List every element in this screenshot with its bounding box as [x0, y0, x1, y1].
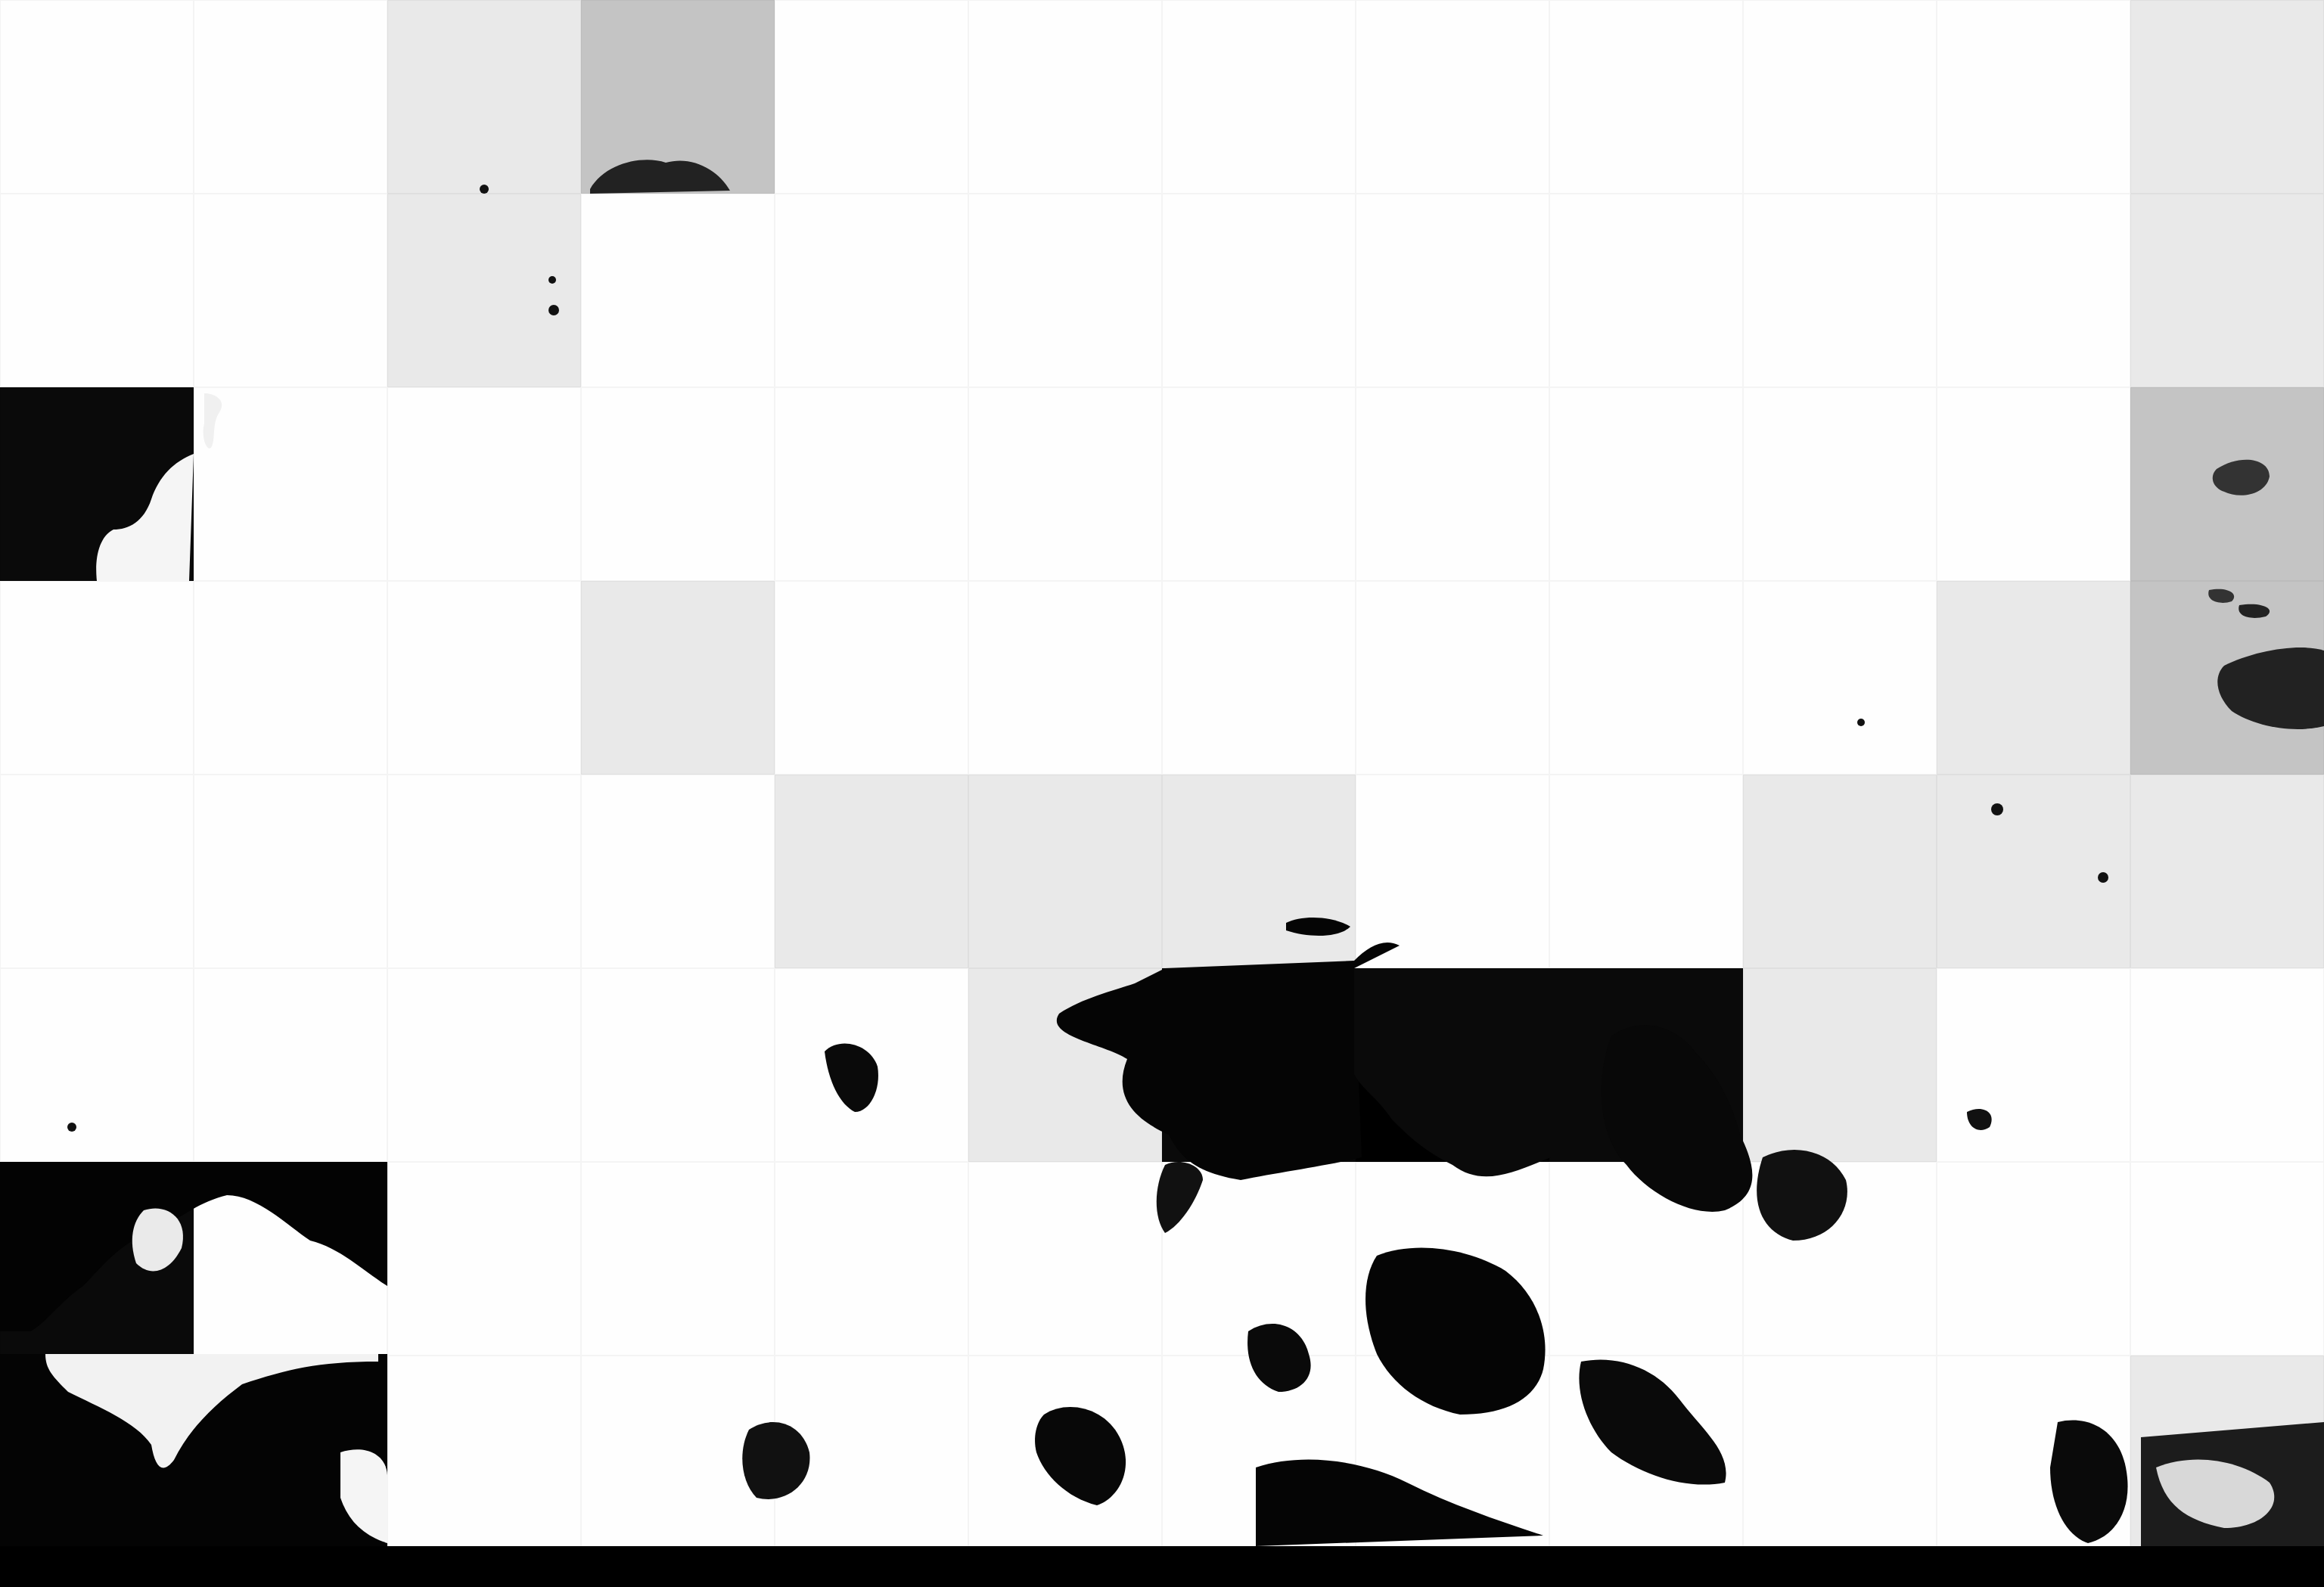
mosaic-tile [1549, 581, 1743, 775]
mosaic-tile [1162, 968, 1356, 1162]
mosaic-tile [1549, 775, 1743, 968]
mosaic-tile [1162, 581, 1356, 775]
mosaic-tile [1937, 1162, 2130, 1356]
mosaic-tile [194, 1162, 387, 1356]
mosaic-tile [387, 1162, 581, 1356]
mosaic-tile [581, 1356, 775, 1549]
mosaic-tile [1743, 1162, 1937, 1356]
mosaic-tile [1937, 0, 2130, 194]
mosaic-tile [581, 1162, 775, 1356]
mosaic-tile [968, 194, 1162, 387]
mosaic-tile [775, 0, 968, 194]
mosaic-tile [775, 581, 968, 775]
mosaic-tile [1549, 194, 1743, 387]
mosaic-tile [0, 1162, 194, 1356]
mosaic-tile [2130, 775, 2324, 968]
mosaic-tile [775, 194, 968, 387]
mosaic-tile [387, 775, 581, 968]
mosaic-tile [1162, 775, 1356, 968]
mosaic-tile [1549, 1162, 1743, 1356]
mosaic-tile [194, 387, 387, 581]
mosaic-tile [1937, 775, 2130, 968]
mosaic-tile [0, 581, 194, 775]
mosaic-tile [968, 581, 1162, 775]
mosaic-tile [1937, 194, 2130, 387]
mosaic-tile [194, 775, 387, 968]
mosaic-tile [2130, 387, 2324, 581]
mosaic-tile [775, 968, 968, 1162]
mosaic-tile [968, 387, 1162, 581]
mosaic-tile [194, 581, 387, 775]
mosaic-tile [2130, 968, 2324, 1162]
mosaic-tile [968, 1162, 1162, 1356]
mosaic-tile [1356, 775, 1549, 968]
mosaic-tile [1743, 775, 1937, 968]
mosaic-tile [0, 194, 194, 387]
mosaic-tile [0, 775, 194, 968]
mosaic-tile [1162, 194, 1356, 387]
mosaic-tile [194, 1356, 387, 1549]
mosaic-tile [1162, 387, 1356, 581]
mosaic-tile [1356, 968, 1549, 1162]
mosaic-tile [1549, 968, 1743, 1162]
mosaic-tile [2130, 194, 2324, 387]
mosaic-tile [0, 968, 194, 1162]
mosaic-tile [1162, 1356, 1356, 1549]
mosaic-tile [1549, 387, 1743, 581]
mosaic-tile [387, 387, 581, 581]
mosaic-tile [387, 0, 581, 194]
mosaic-tile [387, 968, 581, 1162]
mosaic-tile [1162, 0, 1356, 194]
mosaic-tile [968, 775, 1162, 968]
mosaic-tile [1743, 194, 1937, 387]
mosaic-tile [194, 194, 387, 387]
mosaic-tile [387, 581, 581, 775]
mosaic-tile [1356, 194, 1549, 387]
mosaic-tile [2130, 1356, 2324, 1549]
mosaic-tile [1743, 581, 1937, 775]
mosaic-tile [387, 194, 581, 387]
mosaic-tile [581, 581, 775, 775]
mosaic-tile [775, 775, 968, 968]
mosaic-tile [2130, 0, 2324, 194]
mosaic-tile [194, 0, 387, 194]
mosaic-tile [775, 1356, 968, 1549]
mosaic-tile [2130, 1162, 2324, 1356]
mosaic-tile [1356, 581, 1549, 775]
bottom-black-strip [0, 1546, 2324, 1587]
mosaic-tile [1743, 968, 1937, 1162]
mosaic-tile [194, 968, 387, 1162]
mosaic-tile [1356, 387, 1549, 581]
mosaic-tile [1356, 1162, 1549, 1356]
mosaic-tile [581, 0, 775, 194]
mosaic-tile [1162, 1162, 1356, 1356]
mosaic-tile [2130, 581, 2324, 775]
mosaic-tile [1356, 0, 1549, 194]
mosaic-tile [775, 387, 968, 581]
mosaic-tile [1743, 0, 1937, 194]
mosaic-tile [1937, 581, 2130, 775]
mosaic-tile [0, 1356, 194, 1549]
mosaic-tile [0, 387, 194, 581]
mosaic-tile [1743, 387, 1937, 581]
mosaic-tile [1937, 1356, 2130, 1549]
mosaic-tile [387, 1356, 581, 1549]
mosaic-tile [1743, 1356, 1937, 1549]
mosaic-tile [968, 968, 1162, 1162]
mosaic-tile [1549, 0, 1743, 194]
mosaic-tile [1549, 1356, 1743, 1549]
cloud-mosaic-image [0, 0, 2324, 1587]
mosaic-tile [1937, 968, 2130, 1162]
mosaic-tile [1937, 387, 2130, 581]
mosaic-tile [581, 387, 775, 581]
mosaic-tile [1356, 1356, 1549, 1549]
mosaic-tile [581, 775, 775, 968]
mosaic-tile [968, 0, 1162, 194]
mosaic-tile [581, 968, 775, 1162]
mosaic-tile [775, 1162, 968, 1356]
mosaic-tile [0, 0, 194, 194]
mosaic-tile [581, 194, 775, 387]
mosaic-tile [968, 1356, 1162, 1549]
tile-grid [0, 0, 2324, 1549]
